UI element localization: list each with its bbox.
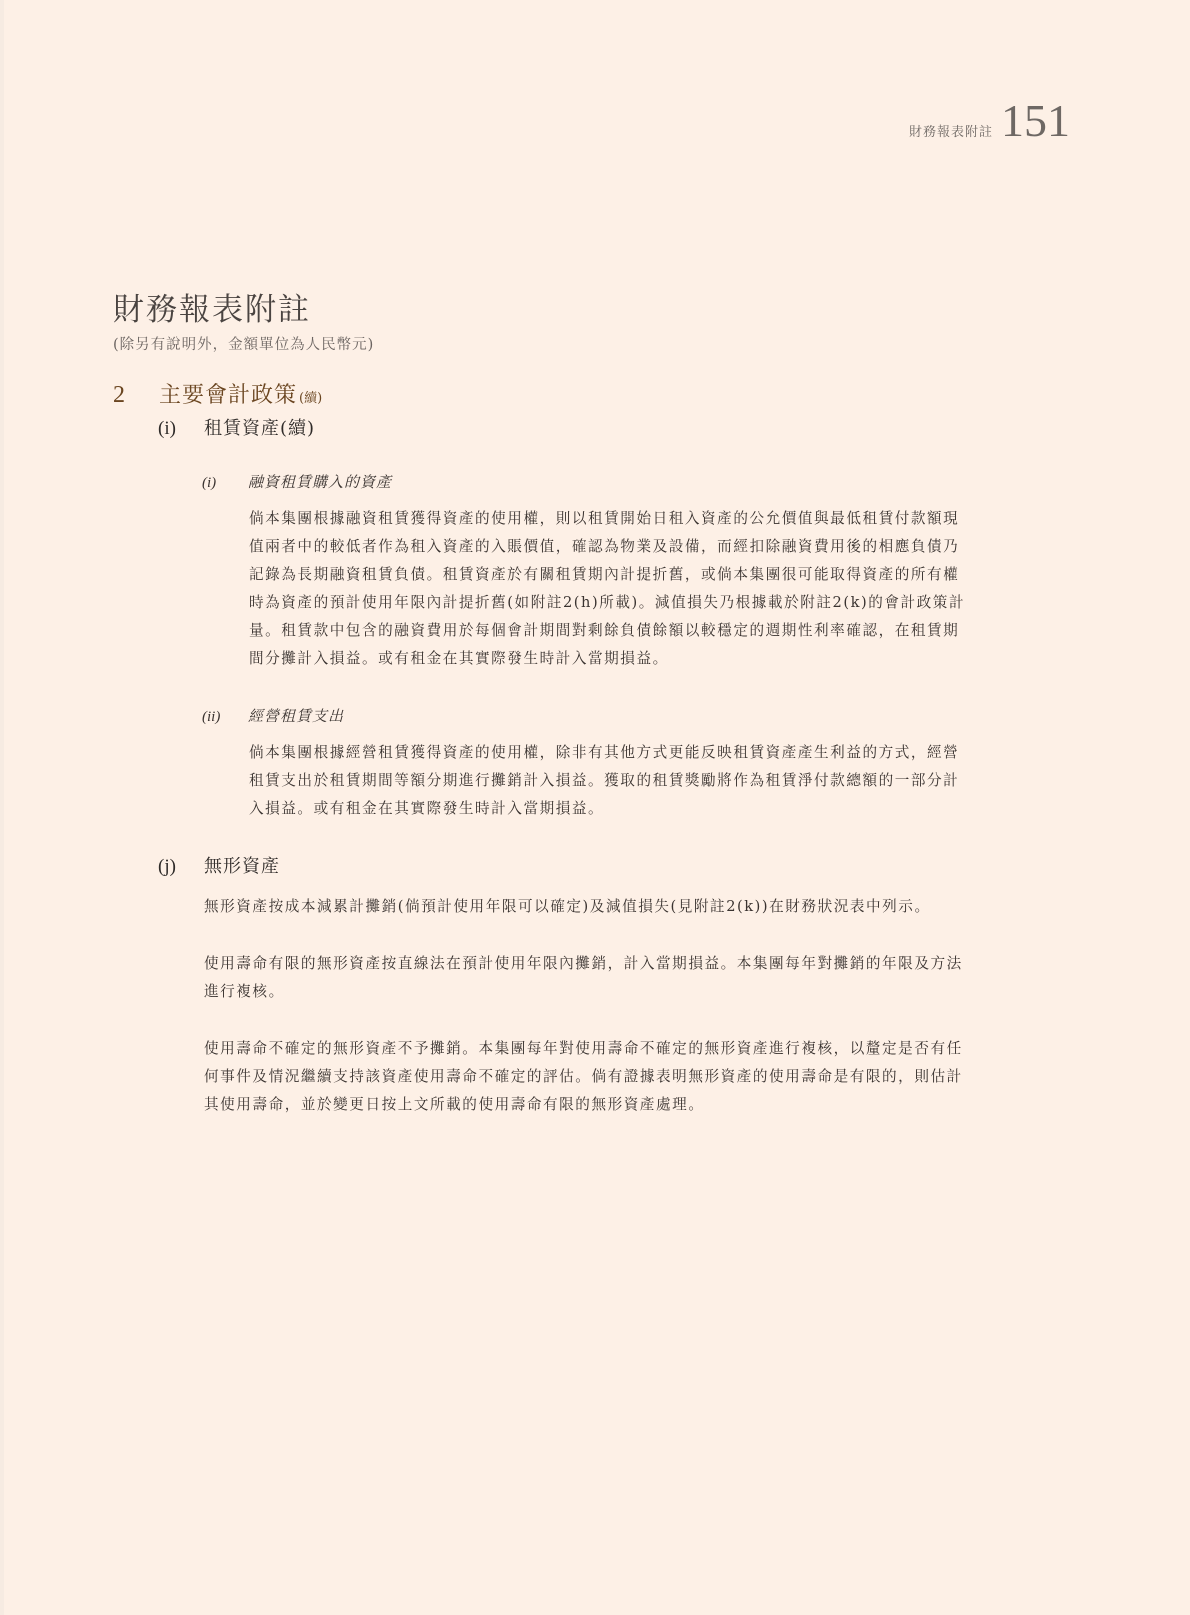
section-title: 主要會計政策 (159, 378, 297, 409)
item-title: 融資租賃購入的資產 (248, 471, 392, 492)
paragraph-intangible-1: 無形資產按成本減累計攤銷(倘預計使用年限可以確定)及減值損失(見附註2(k))在… (204, 893, 1077, 921)
paragraph-intangible-3: 使用壽命不確定的無形資產不予攤銷。本集團每年對使用壽命不確定的無形資產進行複核，… (204, 1035, 1077, 1119)
text-line: 倘本集團根據融資租賃獲得資產的使用權，則以租賃開始日租入資產的公允價值與最低租賃… (249, 505, 1077, 533)
subsection-heading-i: (i) 租賃資產(續) (158, 414, 315, 440)
item-title: 經營租賃支出 (248, 705, 344, 726)
text-line: 倘本集團根據經營租賃獲得資產的使用權，除非有其他方式更能反映租賃資產產生利益的方… (249, 739, 1077, 767)
paragraph-finance-lease: 倘本集團根據融資租賃獲得資產的使用權，則以租賃開始日租入資產的公允價值與最低租賃… (249, 505, 1077, 673)
item-number: (ii) (202, 709, 248, 726)
subsection-number: (i) (158, 418, 204, 440)
subsection-title: 租賃資產(續) (204, 414, 315, 440)
text-line: 無形資產按成本減累計攤銷(倘預計使用年限可以確定)及減值損失(見附註2(k))在… (204, 893, 1077, 921)
text-line: 時為資產的預計使用年限內計提折舊(如附註2(h)所載)。減值損失乃根據載於附註2… (249, 589, 1077, 617)
section-continued: (續) (299, 387, 322, 406)
text-line: 使用壽命有限的無形資產按直線法在預計使用年限內攤銷，計入當期損益。本集團每年對攤… (204, 950, 1077, 978)
text-line: 進行複核。 (204, 978, 1077, 1006)
text-line: 其使用壽命，並於變更日按上文所載的使用壽命有限的無形資產處理。 (204, 1091, 1077, 1119)
item-heading-finance-lease: (i) 融資租賃購入的資產 (202, 471, 392, 492)
running-header-title: 財務報表附註 (909, 121, 993, 140)
text-line: 租賃支出於租賃期間等額分期進行攤銷計入損益。獲取的租賃獎勵將作為租賃淨付款總額的… (249, 767, 1077, 795)
text-line: 何事件及情況繼續支持該資產使用壽命不確定的評估。倘有證據表明無形資產的使用壽命是… (204, 1063, 1077, 1091)
item-number: (i) (202, 475, 248, 492)
page-subtitle: (除另有說明外，金額單位為人民幣元) (113, 333, 374, 354)
text-line: 值兩者中的較低者作為租入資產的入賬價值，確認為物業及設備，而經扣除融資費用後的相… (249, 533, 1077, 561)
text-line: 量。租賃款中包含的融資費用於每個會計期間對剩餘負債餘額以較穩定的週期性利率確認，… (249, 617, 1077, 645)
page-number: 151 (1001, 98, 1070, 144)
text-line: 間分攤計入損益。或有租金在其實際發生時計入當期損益。 (249, 645, 1077, 673)
page-title: 財務報表附註 (113, 284, 311, 329)
item-heading-operating-lease: (ii) 經營租賃支出 (202, 705, 344, 726)
subsection-title: 無形資產 (204, 852, 280, 878)
text-line: 使用壽命不確定的無形資產不予攤銷。本集團每年對使用壽命不確定的無形資產進行複核，… (204, 1035, 1077, 1063)
section-number: 2 (113, 382, 159, 409)
paragraph-operating-lease: 倘本集團根據經營租賃獲得資產的使用權，除非有其他方式更能反映租賃資產產生利益的方… (249, 739, 1077, 823)
subsection-number: (j) (158, 856, 204, 878)
section-heading: 2 主要會計政策 (續) (113, 378, 322, 409)
text-line: 記錄為長期融資租賃負債。租賃資產於有關租賃期內計提折舊，或倘本集團很可能取得資產… (249, 561, 1077, 589)
paragraph-intangible-2: 使用壽命有限的無形資產按直線法在預計使用年限內攤銷，計入當期損益。本集團每年對攤… (204, 950, 1077, 1006)
page-edge (0, 0, 4, 1615)
text-line: 入損益。或有租金在其實際發生時計入當期損益。 (249, 795, 1077, 823)
subsection-heading-j: (j) 無形資產 (158, 852, 280, 878)
running-header: 財務報表附註 151 (909, 98, 1070, 144)
